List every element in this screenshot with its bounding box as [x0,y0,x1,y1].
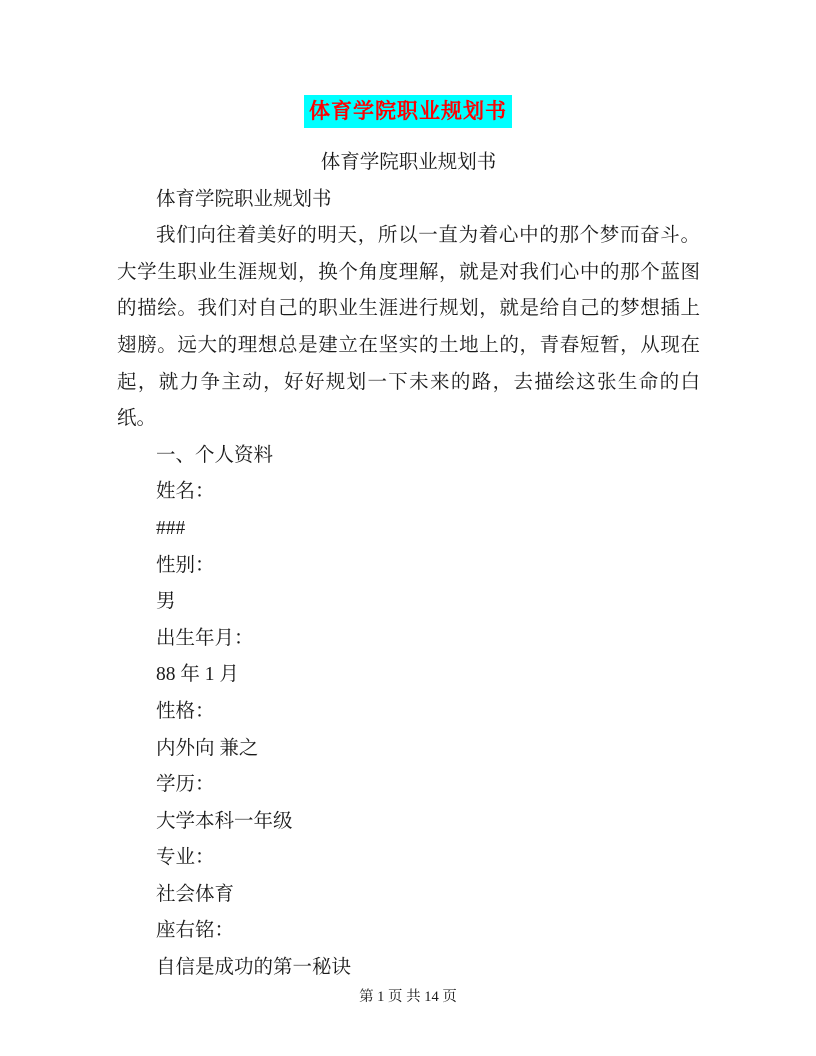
heading-line: 体育学院职业规划书 [117,182,700,219]
intro-paragraph: 我们向往着美好的明天，所以一直为着心中的那个梦而奋斗。大学生职业生涯规划，换个角… [117,218,700,438]
page-number: 第 1 页 共 14 页 [359,989,457,1005]
section-heading: 一、个人资料 [117,438,700,475]
profile-line-motto-value: 自信是成功的第一秘诀 [117,950,700,987]
document-title: 体育学院职业规划书 [0,95,816,130]
profile-line-name-label: 姓名： [117,474,700,511]
profile-line-major-value: 社会体育 [117,877,700,914]
profile-line-name-value: ### [117,511,700,548]
document-body: 体育学院职业规划书 体育学院职业规划书 我们向往着美好的明天，所以一直为着心中的… [117,145,700,987]
page-footer: 第 1 页 共 14 页 [0,988,816,1006]
profile-line-education-label: 学历： [117,767,700,804]
profile-line-motto-label: 座右铭： [117,913,700,950]
profile-line-major-label: 专业： [117,840,700,877]
subtitle: 体育学院职业规划书 [117,145,700,182]
profile-line-gender-label: 性别： [117,548,700,585]
profile-line-character-value: 内外向 兼之 [117,731,700,768]
highlighted-title-text: 体育学院职业规划书 [304,95,512,128]
profile-line-education-value: 大学本科一年级 [117,804,700,841]
profile-line-character-label: 性格： [117,694,700,731]
profile-line-birth-label: 出生年月： [117,621,700,658]
profile-line-gender-value: 男 [117,584,700,621]
profile-line-birth-value: 88 年 1 月 [117,657,700,694]
document-page: 体育学院职业规划书 体育学院职业规划书 体育学院职业规划书 我们向往着美好的明天… [0,0,816,1056]
